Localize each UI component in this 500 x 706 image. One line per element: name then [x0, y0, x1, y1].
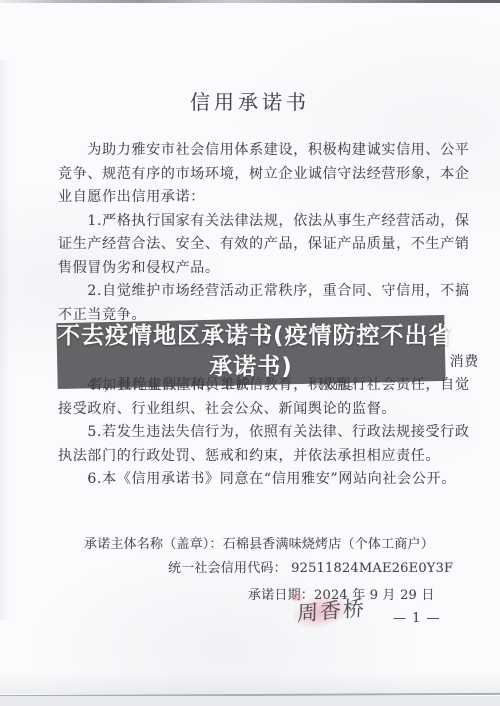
body-line: 1.严格执行国家有关法律法规，依法从事生产经营活动，保 — [58, 210, 457, 234]
handwritten-signature: 周香桥 — [297, 593, 366, 629]
caption-banner-line2: 承诺书) — [57, 352, 445, 383]
credit-code-line: 统一社会信用代码： 92511824MAE26E0Y3F — [168, 560, 453, 578]
promisor-name-line: 承诺主体名称（盖章）：石棉县香满味烧烤店（个体工商户） — [84, 536, 434, 554]
scanned-document-page: 信用承诺书 为助力雅安市社会信用体系建设，积极构建诚实信用、公平 竞争、规范有序… — [0, 0, 500, 706]
scanner-bed-strip — [0, 696, 500, 706]
body-line: 业自愿作出信用承诺： — [58, 186, 457, 210]
covered-line-end-fragment: 消费 — [450, 354, 479, 370]
body-line: 6.本《信用承诺书》同意在“信用雅安”网站向社会公开。 — [58, 468, 457, 492]
scan-left-shade — [0, 60, 10, 620]
scan-bottom-shade — [0, 672, 500, 694]
scan-top-edge-artifact — [0, 0, 500, 3]
body-line: 执法部门的行政处罚、惩戒和约束，并依法承担相应责任。 — [58, 445, 457, 469]
caption-banner-line1: 不去疫情地区承诺书(疫情防控不出省 — [57, 321, 445, 352]
body-line: 2.自觉维护市场经营活动正常秩序，重合同、守信用，不搞 — [58, 280, 457, 304]
caption-banner: 不去疫情地区承诺书(疫情防控不出省 承诺书) — [57, 321, 445, 383]
body-line: 接受政府、行业组织、社会公众、新闻舆论的监督。 — [58, 398, 457, 422]
body-line: 为助力雅安市社会信用体系建设，积极构建诚实信用、公平 — [58, 139, 457, 163]
document-title: 信用承诺书 — [0, 86, 500, 115]
body-line: 5.若发生违法失信行为，依照有关法律、行政法规接受行政 — [58, 421, 457, 445]
page-number: — 1 — — [393, 610, 441, 628]
body-line: 证生产经营合法、安全、有效的产品，保证产品质量，不生产销 — [58, 233, 457, 257]
body-line: 售假冒伪劣和侵权产品。 — [58, 257, 457, 281]
body-line: 竞争、规范有序的市场环境，树立企业诚信守法经营形象，本企 — [58, 163, 457, 187]
